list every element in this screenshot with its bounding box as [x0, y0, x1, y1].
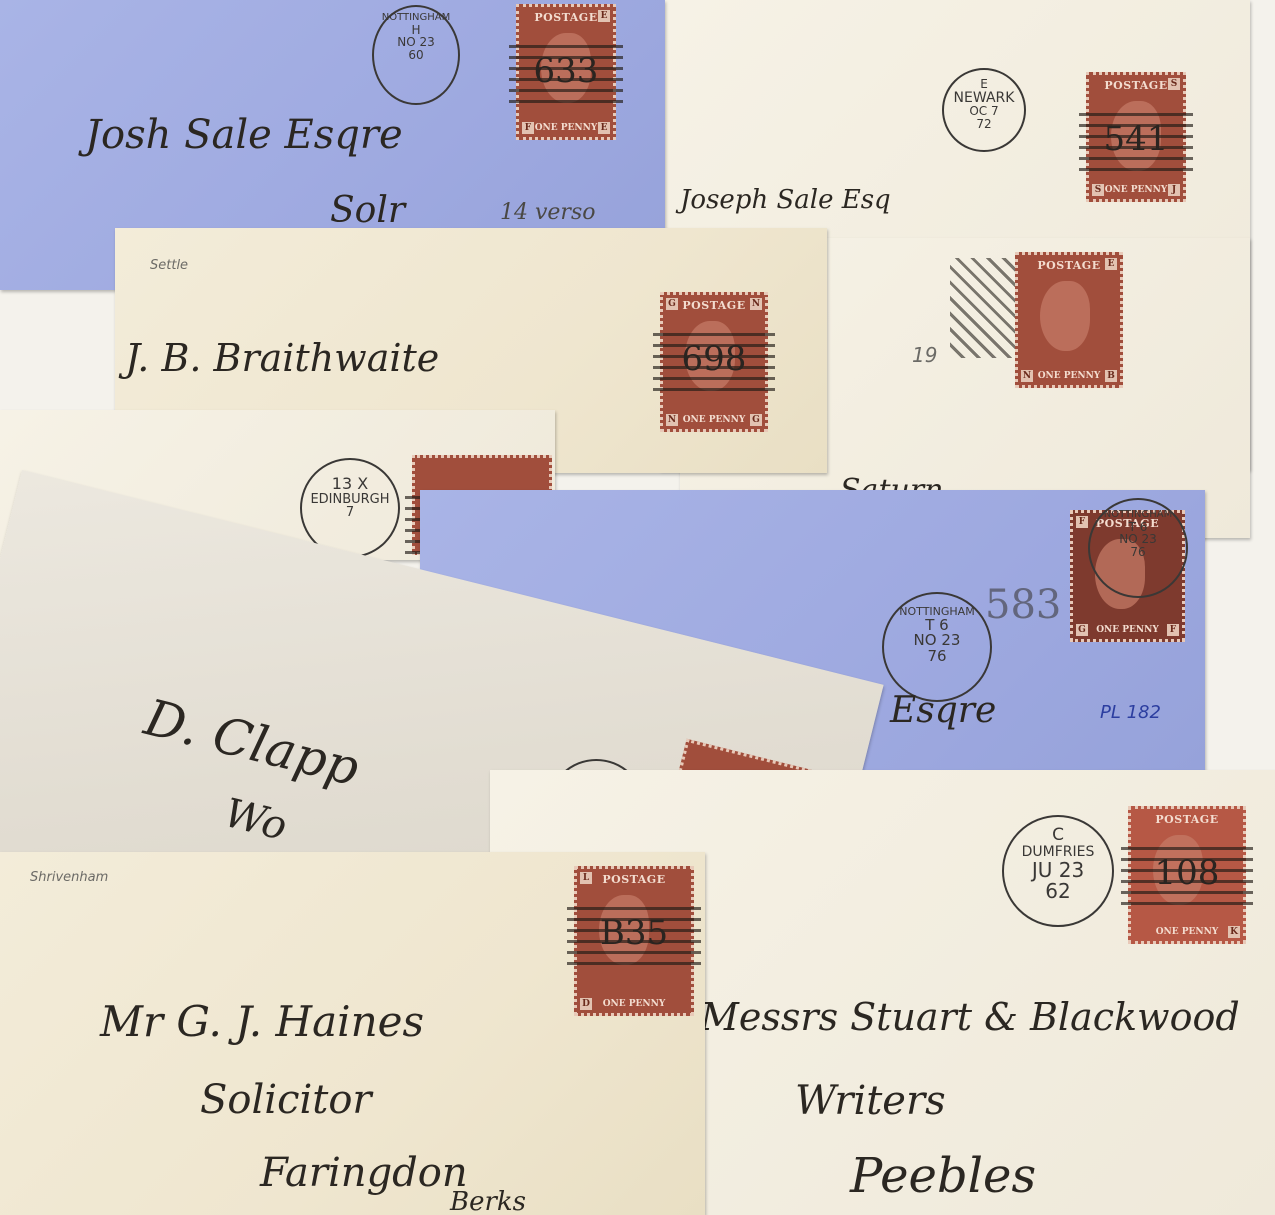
postmark-on-stamp: NOTTINGHAM T 6 NO 23 76 [1088, 498, 1188, 598]
address-line: D. Clapp [139, 688, 365, 797]
pencil-note: Shrivenham [30, 870, 108, 885]
penny-red-stamp: POSTAGE 698 ONE PENNY G N N G [660, 292, 768, 432]
address-line: Writers [795, 1078, 946, 1124]
address-line: Josh Sale Esqre [85, 112, 403, 158]
pencil-note: 19 [912, 343, 937, 367]
postmark-nottingham: NOTTINGHAM H NO 23 60 [372, 5, 460, 105]
penny-red-stamp: POSTAGE B35 ONE PENNY L D [574, 866, 694, 1016]
address-line: Messrs Stuart & Blackwood [700, 995, 1240, 1039]
penny-red-stamp: POSTAGE 108 ONE PENNY K [1128, 806, 1246, 944]
address-line: Peebles [850, 1148, 1036, 1204]
address-line: Joseph Sale Esq [680, 185, 891, 215]
postmark-dumfries: C DUMFRIES JU 23 62 [1002, 815, 1114, 927]
blue-ink-note: PL 182 [1100, 702, 1161, 723]
address-line: Esqre [890, 690, 996, 731]
postmark-nottingham: NOTTINGHAM T 6 NO 23 76 [882, 592, 992, 702]
address-line: J. B. Braithwaite [125, 336, 439, 380]
pencil-note: Settle [150, 258, 188, 273]
address-line: Mr G. J. Haines [100, 997, 424, 1046]
address-line: Faringdon [260, 1150, 468, 1196]
penny-red-stamp: POSTAGE ONE PENNY E N B [1015, 252, 1123, 388]
penny-red-stamp: POSTAGE 541 ONE PENNY S S J [1086, 72, 1186, 202]
address-line: Solr [330, 190, 405, 231]
duplex-number: 583 [985, 582, 1061, 628]
address-line: Berks [450, 1187, 526, 1215]
pencil-note: 14 verso [500, 200, 596, 225]
address-line: Solicitor [200, 1077, 372, 1123]
penny-red-stamp: POSTAGE 633 ONE PENNY E F E [516, 4, 616, 140]
address-line: Wo [220, 790, 292, 850]
postmark-newark: E NEWARK OC 7 72 [942, 68, 1026, 152]
envelope-shrivenham: Shrivenham POSTAGE B35 ONE PENNY L D Mr … [0, 852, 705, 1215]
